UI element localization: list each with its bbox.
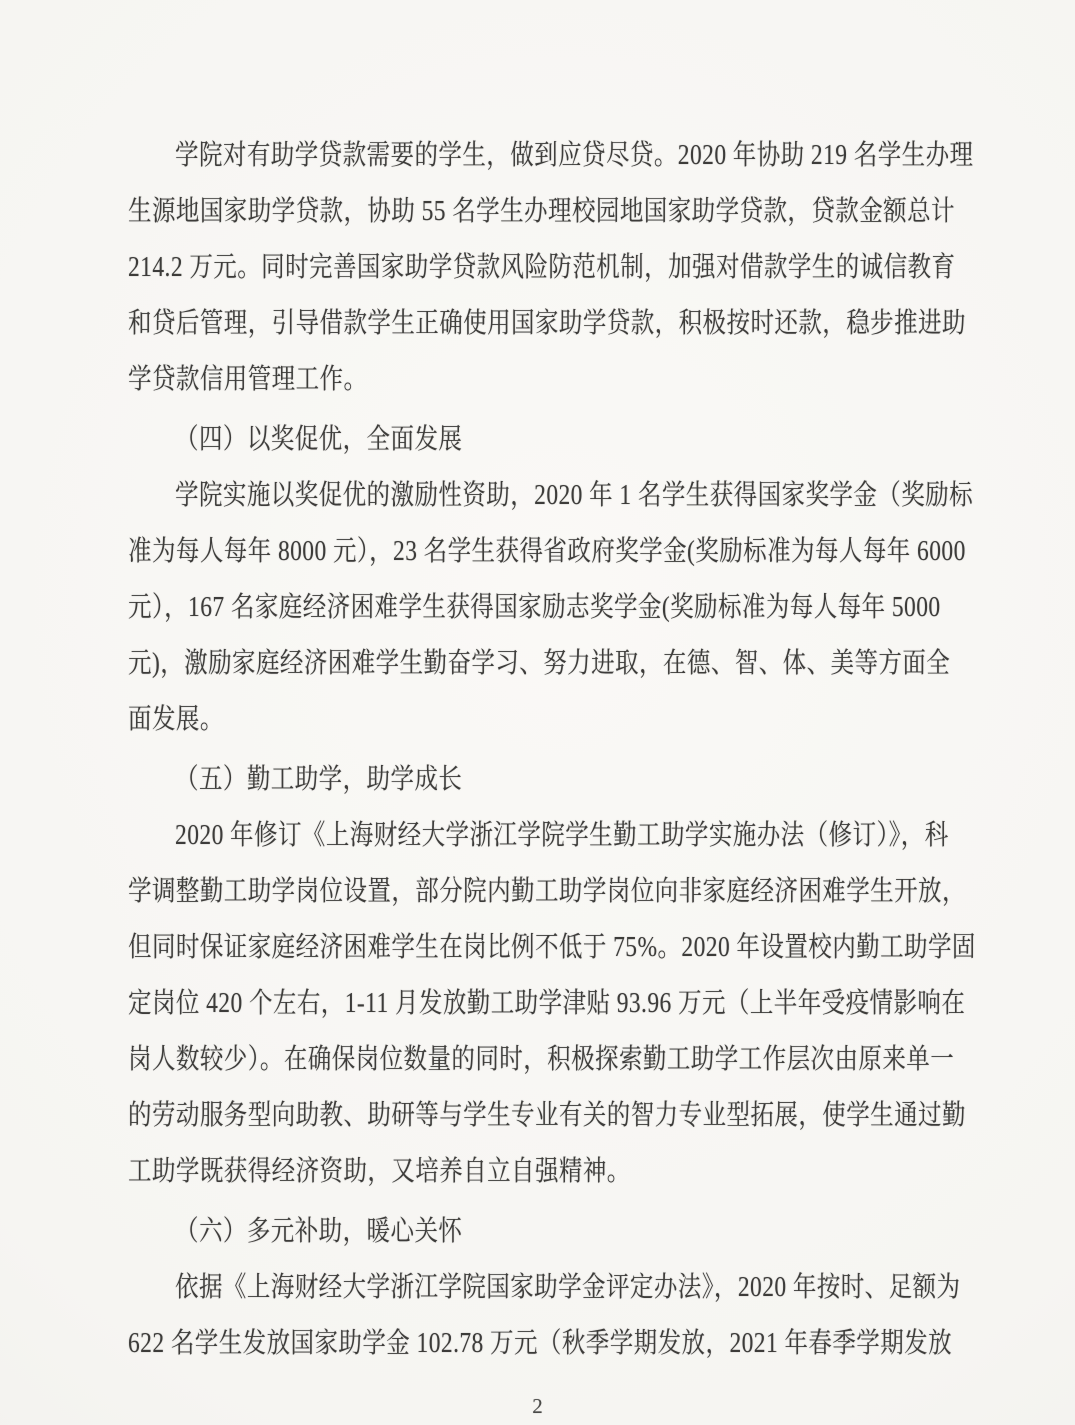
text-line: 工助学既获得经济资助，又培养自立自强精神。	[128, 1144, 884, 1200]
section-heading: （六）多元补助，暖心关怀	[128, 1204, 1028, 1260]
text-line: 元），167 名家庭经济困难学生获得国家励志奖学金(奖励标准为每人每年 5000	[128, 580, 884, 636]
text-line: 但同时保证家庭经济困难学生在岗比例不低于 75%。2020 年设置校内勤工助学固	[128, 920, 884, 976]
text-line: 元)，激励家庭经济困难学生勤奋学习、努力进取，在德、智、体、美等方面全	[128, 636, 884, 692]
body-paragraph: 学院实施以奖促优的激励性资助，2020 年 1 名学生获得国家奖学金（奖励标准为…	[128, 468, 1028, 748]
text-line: 2020 年修订《上海财经大学浙江学院学生勤工助学实施办法（修订）》，科	[128, 808, 884, 864]
text-line: 622 名学生发放国家助学金 102.78 万元（秋季学期发放，2021 年春季…	[128, 1316, 884, 1372]
heading-line: （五）勤工助学，助学成长	[128, 752, 884, 808]
text-line: 的劳动服务型向助教、助研等与学生专业有关的智力专业型拓展，使学生通过勤	[128, 1088, 884, 1144]
text-line: 学调整勤工助学岗位设置，部分院内勤工助学岗位向非家庭经济困难学生开放，	[128, 864, 884, 920]
document-content: 学院对有助学贷款需要的学生，做到应贷尽贷。2020 年协助 219 名学生办理生…	[128, 128, 1028, 1372]
page-number: 2	[0, 1392, 1075, 1420]
text-line: 依据《上海财经大学浙江学院国家助学金评定办法》，2020 年按时、足额为	[128, 1260, 884, 1316]
text-line: 准为每人每年 8000 元），23 名学生获得省政府奖学金(奖励标准为每人每年 …	[128, 524, 884, 580]
text-line: 学贷款信用管理工作。	[128, 352, 884, 408]
text-line: 生源地国家助学贷款，协助 55 名学生办理校园地国家助学贷款，贷款金额总计	[128, 184, 884, 240]
heading-line: （六）多元补助，暖心关怀	[128, 1204, 884, 1260]
body-paragraph: 学院对有助学贷款需要的学生，做到应贷尽贷。2020 年协助 219 名学生办理生…	[128, 128, 1028, 408]
text-line: 面发展。	[128, 692, 884, 748]
text-line: 214.2 万元。同时完善国家助学贷款风险防范机制，加强对借款学生的诚信教育	[128, 240, 884, 296]
body-paragraph: 依据《上海财经大学浙江学院国家助学金评定办法》，2020 年按时、足额为622 …	[128, 1260, 1028, 1372]
text-line: 学院对有助学贷款需要的学生，做到应贷尽贷。2020 年协助 219 名学生办理	[128, 128, 884, 184]
section-heading: （四）以奖促优，全面发展	[128, 412, 1028, 468]
text-line: 学院实施以奖促优的激励性资助，2020 年 1 名学生获得国家奖学金（奖励标	[128, 468, 884, 524]
text-line: 定岗位 420 个左右，1-11 月发放勤工助学津贴 93.96 万元（上半年受…	[128, 976, 884, 1032]
heading-line: （四）以奖促优，全面发展	[128, 412, 884, 468]
text-line: 和贷后管理，引导借款学生正确使用国家助学贷款，积极按时还款，稳步推进助	[128, 296, 884, 352]
body-paragraph: 2020 年修订《上海财经大学浙江学院学生勤工助学实施办法（修订）》，科学调整勤…	[128, 808, 1028, 1200]
scanned-document-page: { "document": { "colors": { "background"…	[0, 0, 1075, 1425]
section-heading: （五）勤工助学，助学成长	[128, 752, 1028, 808]
text-line: 岗人数较少）。在确保岗位数量的同时，积极探索勤工助学工作层次由原来单一	[128, 1032, 884, 1088]
